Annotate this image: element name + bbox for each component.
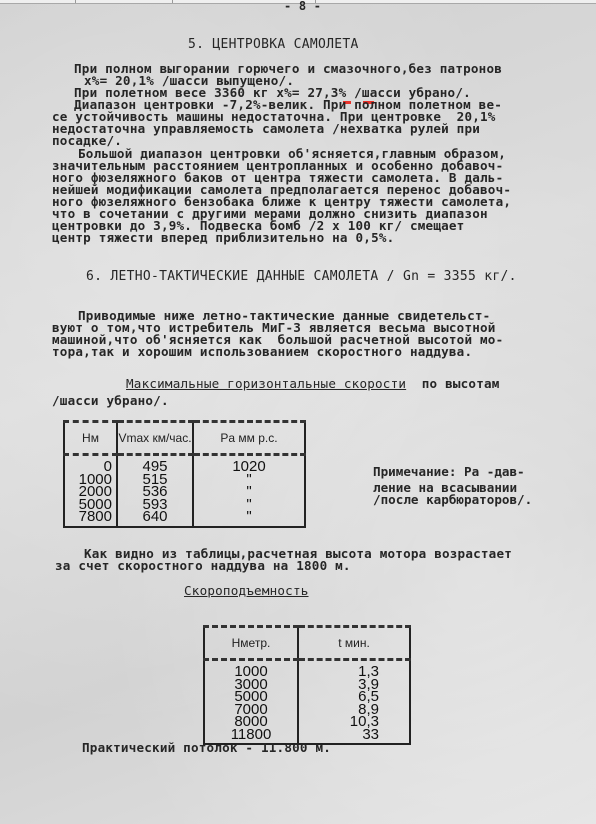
- strip-divider: [172, 0, 173, 3]
- speed-table-cell: 7800: [65, 511, 112, 524]
- section-5-title: 5. ЦЕНТРОВКА САМОЛЕТА: [188, 38, 359, 51]
- speeds-heading: Максимальные горизонтальные скорости по …: [126, 377, 500, 390]
- pressure-column: 1020"""": [193, 455, 305, 527]
- altitude-column: 01000200050007800: [64, 455, 117, 527]
- practical-ceiling: Практический потолок - 11.800 м.: [82, 741, 331, 754]
- max-speed-table: Hм Vmax км/час. Pа мм р.с. 0100020005000…: [63, 420, 306, 528]
- col-header-time-min: t мин.: [298, 627, 410, 660]
- note-line-3: /после карбюраторов/.: [373, 493, 532, 506]
- vmax-column: 495515536593640: [117, 455, 193, 527]
- speeds-heading-line2: /шасси убрано/.: [52, 394, 169, 407]
- note-line-1: Примечание: Pа -дав-: [373, 465, 525, 478]
- climb-time-column: 1,33,96,58,910,333: [298, 660, 410, 745]
- document-page: - 8 - 5. ЦЕНТРОВКА САМОЛЕТА При полном в…: [0, 0, 596, 824]
- col-header-vmax: Vmax км/час.: [117, 422, 193, 455]
- climb-heading: Скороподъемность: [184, 584, 309, 597]
- climb-heading-text: Скороподъемность: [184, 583, 309, 598]
- climb-altitude-column: 1000300050007000800011800: [204, 660, 298, 745]
- page-number: - 8 -: [284, 0, 321, 13]
- speed-table-cell: 640: [118, 511, 192, 524]
- strip-divider: [75, 0, 76, 3]
- col-header-altitude: Hм: [64, 422, 117, 455]
- col-header-altitude-m: Hметр.: [204, 627, 298, 660]
- col-header-pressure: Pа мм р.с.: [193, 422, 305, 455]
- speed-table-cell: ": [194, 511, 304, 524]
- s6-line-4: тора,так и хорошим использованием скорос…: [52, 345, 472, 358]
- after-table-line-2: за счет скоростного наддува на 1800 м.: [55, 559, 351, 572]
- speeds-heading-rest: по высотам: [406, 376, 499, 391]
- climb-rate-table: Hметр. t мин. 1000300050007000800011800 …: [203, 625, 411, 745]
- s5-line-15: центр тяжести вперед приблизительно на 0…: [52, 231, 394, 244]
- speeds-heading-underlined: Максимальные горизонтальные скорости: [126, 376, 406, 391]
- section-6-title: 6. ЛЕТНО-ТАКТИЧЕСКИЕ ДАННЫЕ САМОЛЕТА / G…: [86, 270, 517, 283]
